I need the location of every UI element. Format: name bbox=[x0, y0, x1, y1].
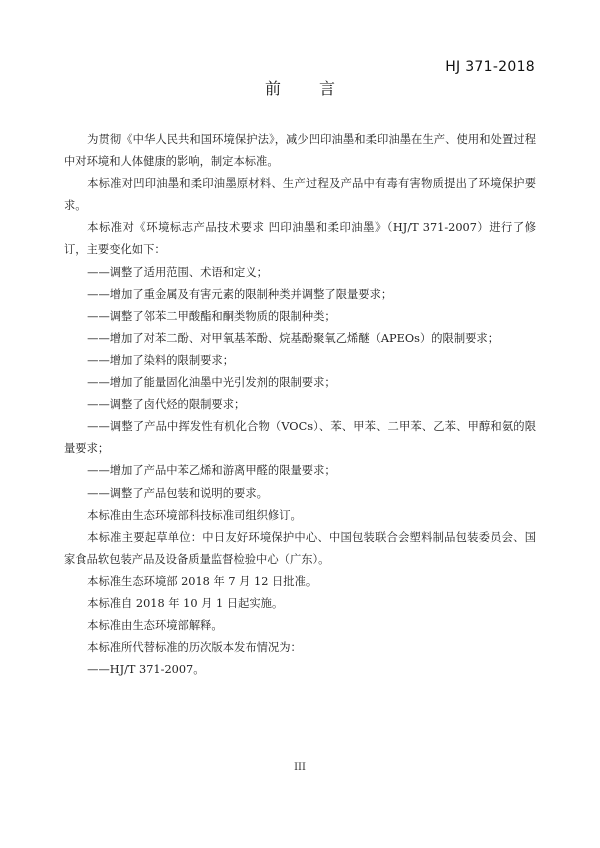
change-item: ——增加了染料的限制要求； bbox=[64, 350, 536, 372]
foreword-body: 为贯彻《中华人民共和国环境保护法》，减少凹印油墨和柔印油墨在生产、使用和处置过程… bbox=[64, 129, 536, 681]
history-item: ——HJ/T 371-2007。 bbox=[64, 659, 536, 681]
title-char-2: 言 bbox=[319, 79, 335, 98]
paragraph-interpretation: 本标准由生态环境部解释。 bbox=[64, 615, 536, 637]
change-item: ——增加了重金属及有害元素的限制种类并调整了限量要求； bbox=[64, 284, 536, 306]
paragraph-drafting-units: 本标准主要起草单位：中日友好环境保护中心、中国包装联合会塑料制品包装委员会、国家… bbox=[64, 527, 536, 571]
change-item: ——调整了卤代烃的限制要求； bbox=[64, 394, 536, 416]
change-item: ——增加了对苯二酚、对甲氧基苯酚、烷基酚聚氧乙烯醚（APEOs）的限制要求； bbox=[64, 328, 536, 350]
page-number: III bbox=[0, 762, 600, 773]
standard-code: HJ 371-2018 bbox=[445, 59, 535, 75]
change-item: ——调整了产品中挥发性有机化合物（VOCs）、苯、甲苯、二甲苯、乙苯、甲醇和氨的… bbox=[64, 416, 536, 460]
paragraph-organizer: 本标准由生态环境部科技标准司组织修订。 bbox=[64, 505, 536, 527]
paragraph-purpose: 为贯彻《中华人民共和国环境保护法》，减少凹印油墨和柔印油墨在生产、使用和处置过程… bbox=[64, 129, 536, 173]
paragraph-effective-date: 本标准自 2018 年 10 月 1 日起实施。 bbox=[64, 593, 536, 615]
paragraph-approval-date: 本标准生态环境部 2018 年 7 月 12 日批准。 bbox=[64, 571, 536, 593]
change-item: ——增加了能量固化油墨中光引发剂的限制要求； bbox=[64, 372, 536, 394]
paragraph-history-intro: 本标准所代替标准的历次版本发布情况为： bbox=[64, 637, 536, 659]
paragraph-revision-intro: 本标准对《环境标志产品技术要求 凹印油墨和柔印油墨》（HJ/T 371-2007… bbox=[64, 217, 536, 261]
change-item: ——增加了产品中苯乙烯和游离甲醛的限量要求； bbox=[64, 460, 536, 482]
page-title: 前言 bbox=[0, 76, 600, 99]
title-char-1: 前 bbox=[265, 79, 281, 98]
change-item: ——调整了邻苯二甲酸酯和酮类物质的限制种类； bbox=[64, 306, 536, 328]
paragraph-scope: 本标准对凹印油墨和柔印油墨原材料、生产过程及产品中有毒有害物质提出了环境保护要求… bbox=[64, 173, 536, 217]
change-item: ——调整了适用范围、术语和定义； bbox=[64, 262, 536, 284]
change-item: ——调整了产品包装和说明的要求。 bbox=[64, 483, 536, 505]
